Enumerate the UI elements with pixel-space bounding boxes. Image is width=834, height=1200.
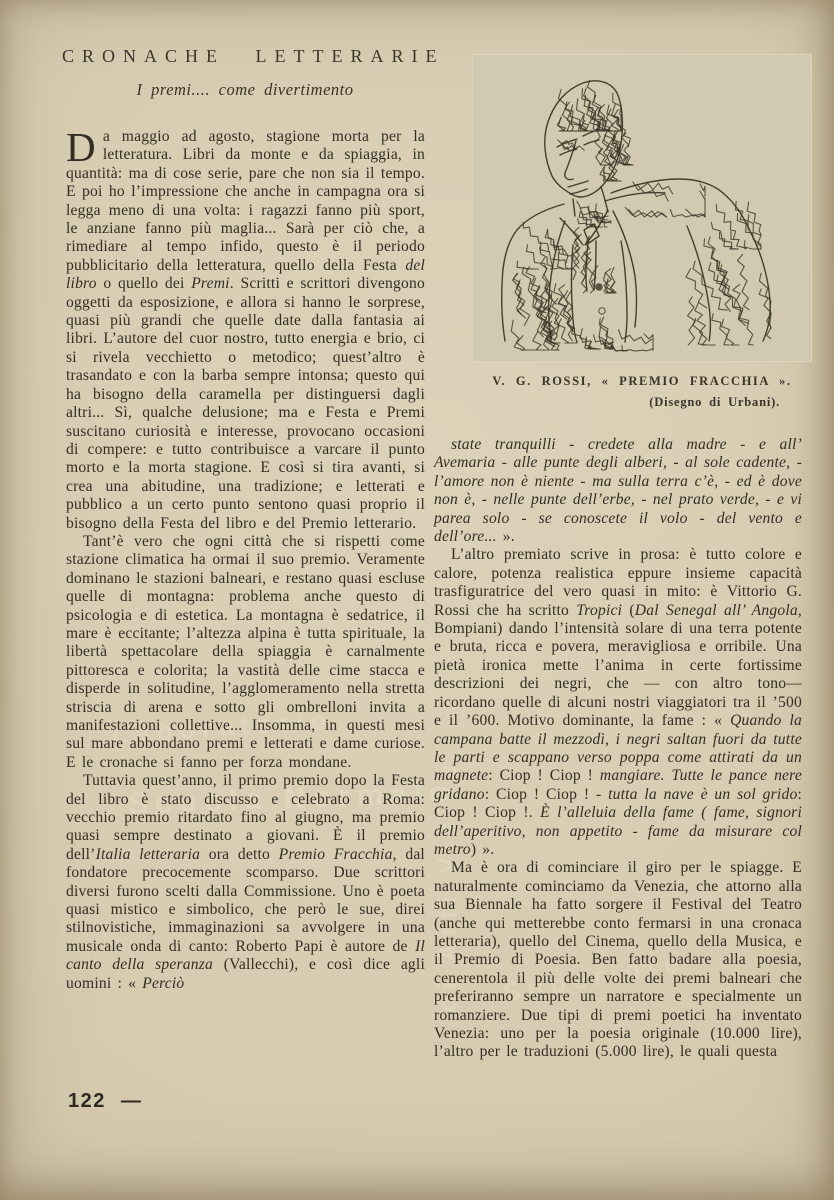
paragraph: state tranquilli - credete alla madre - … <box>434 436 802 546</box>
text-run: Tant’è vero che ogni città che si rispet… <box>66 533 425 771</box>
portrait-sketch-drawing <box>472 54 812 360</box>
paragraph: Tuttavia quest’anno, il primo premio dop… <box>66 772 425 993</box>
paragraph: Tant’è vero che ogni città che si rispet… <box>66 533 425 772</box>
text-run: : Ciop ! Ciop ! - <box>485 786 608 803</box>
text-run: ora detto <box>200 846 279 863</box>
text-run: Perciò <box>142 975 184 992</box>
figure-caption-line2: (Disegno di Urbani). <box>472 395 812 410</box>
illustration-plate <box>472 54 812 362</box>
magazine-page: Laboratorio Scuola Normale di Arti Visiv… <box>0 0 834 1200</box>
text-run: , Bompiani) dando l’intensità solare di … <box>434 602 802 729</box>
section-title: CRONACHE LETTERARIE <box>62 46 428 67</box>
text-run: . Scritti e scrittori divengono oggetti … <box>66 275 425 531</box>
text-run: ) ». <box>471 841 495 858</box>
text-run: Dal Senegal all’ Angola <box>635 602 798 619</box>
right-text-column: state tranquilli - credete alla madre - … <box>434 436 802 1062</box>
text-run: Italia letteraria <box>96 846 201 863</box>
text-run: a maggio ad agosto, stagione morta per l… <box>66 128 425 274</box>
text-run: tutta la nave è un sol grido <box>608 786 797 803</box>
text-run: Premi <box>191 275 230 292</box>
text-run: Tropici <box>576 602 622 619</box>
paragraph: Da maggio ad agosto, stagione morta per … <box>66 128 425 533</box>
text-run: Ma è ora di cominciare il giro per le sp… <box>434 859 802 1060</box>
figure-caption-line1: V. G. ROSSI, « PREMIO FRACCHIA ». <box>472 374 812 389</box>
text-run: Premio Fracchia <box>279 846 393 863</box>
left-text-column: Da maggio ad agosto, stagione morta per … <box>66 128 425 993</box>
text-run: ( <box>622 602 635 619</box>
text-run: state tranquilli - credete alla madre - … <box>434 436 802 545</box>
paragraph: L’altro premiato scrive in prosa: è tutt… <box>434 546 802 859</box>
text-run: : Ciop ! Ciop ! <box>488 767 600 784</box>
text-run: o quello dei <box>97 275 191 292</box>
article-subtitle: I premi.... come divertimento <box>62 80 428 100</box>
paragraph: Ma è ora di cominciare il giro per le sp… <box>434 859 802 1061</box>
page-number: 122 — <box>68 1090 142 1113</box>
figure-caption: V. G. ROSSI, « PREMIO FRACCHIA ». (Diseg… <box>472 374 812 410</box>
text-run: ». <box>503 528 515 545</box>
drop-cap: D <box>66 128 103 163</box>
